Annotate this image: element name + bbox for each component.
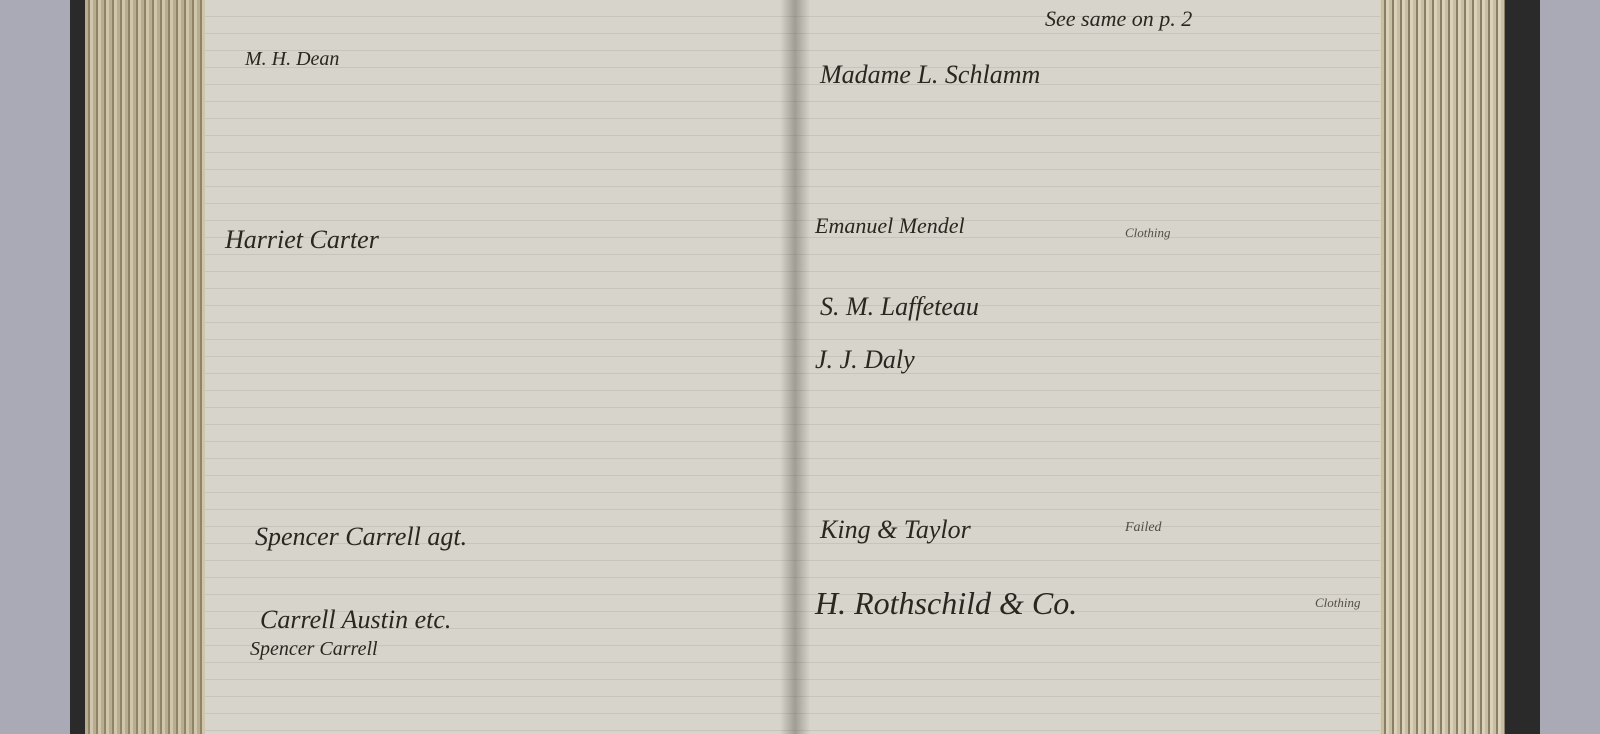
entry-trade: Clothing [1125, 225, 1171, 241]
entry-name: Spencer Carrell [250, 638, 378, 661]
right-page: See same on p. 2 Madame L. Schlamm Emanu… [795, 0, 1380, 734]
entry-name: M. H. Dean [245, 48, 339, 71]
header-note: See same on p. 2 [1045, 6, 1192, 32]
entry-name: Madame L. Schlamm [820, 60, 1040, 90]
entry-name: Carrell Austin etc. [260, 605, 451, 635]
left-page: M. H. Dean Harriet Carter Spencer Carrel… [205, 0, 795, 734]
entry-name: Emanuel Mendel [815, 213, 965, 239]
entry-name: Spencer Carrell agt. [255, 522, 467, 552]
entry-name: J. J. Daly [815, 345, 915, 375]
entry-name: King & Taylor [820, 515, 971, 545]
entry-status: Failed [1125, 520, 1162, 536]
page-edges-right [1365, 0, 1505, 734]
entry-name: S. M. Laffeteau [820, 292, 979, 322]
entry-name: Harriet Carter [225, 225, 379, 255]
entry-name: H. Rothschild & Co. [815, 585, 1077, 622]
entry-trade: Clothing [1315, 595, 1361, 611]
book-gutter [780, 0, 810, 734]
